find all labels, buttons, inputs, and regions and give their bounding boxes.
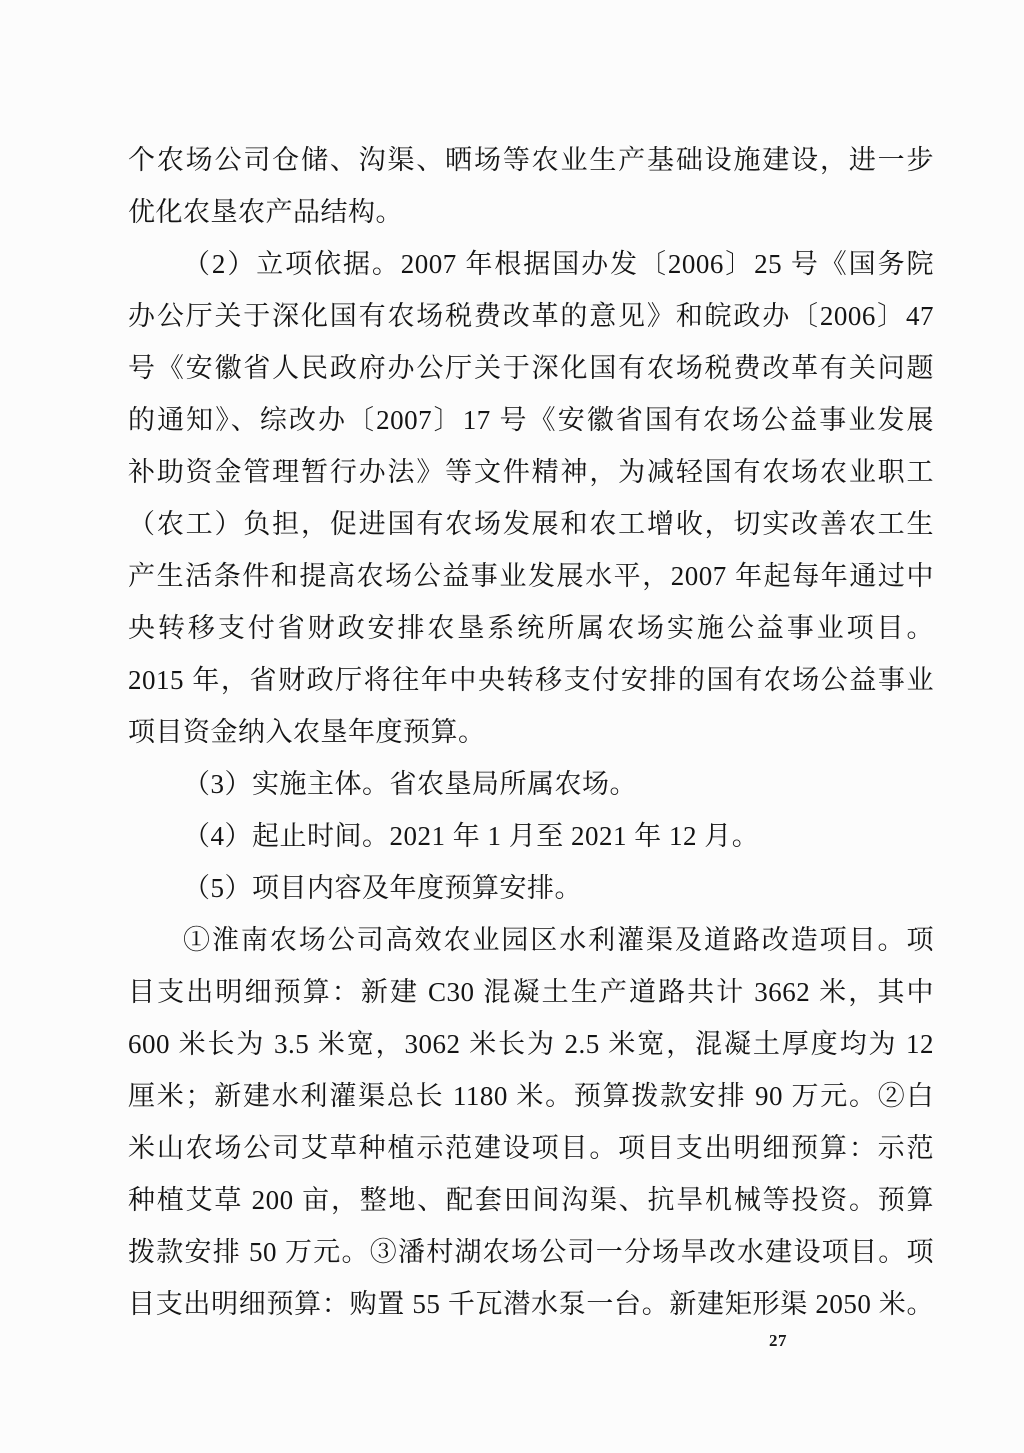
text-line: 优化农垦农产品结构。 (128, 186, 934, 238)
document-page: 个农场公司仓储、沟渠、晒场等农业生产基础设施建设，进一步优化农垦农产品结构。（2… (0, 0, 1024, 1453)
text-line: （2）立项依据。2007 年根据国办发〔2006〕25 号《国务院 (128, 238, 934, 290)
text-line: 600 米长为 3.5 米宽，3062 米长为 2.5 米宽，混凝土厚度均为 1… (128, 1018, 934, 1070)
text-line: 的通知》、综改办〔2007〕17 号《安徽省国有农场公益事业发展 (128, 394, 934, 446)
text-line: （5）项目内容及年度预算安排。 (128, 862, 934, 914)
text-line: 米山农场公司艾草种植示范建设项目。项目支出明细预算：示范 (128, 1122, 934, 1174)
text-line: （3）实施主体。省农垦局所属农场。 (128, 758, 934, 810)
text-line: 号《安徽省人民政府办公厅关于深化国有农场税费改革有关问题 (128, 342, 934, 394)
text-line: 2015 年，省财政厅将往年中央转移支付安排的国有农场公益事业 (128, 654, 934, 706)
text-line: 厘米；新建水利灌渠总长 1180 米。预算拨款安排 90 万元。②白 (128, 1070, 934, 1122)
text-line: 目支出明细预算：新建 C30 混凝土生产道路共计 3662 米，其中 (128, 966, 934, 1018)
text-line: 种植艾草 200 亩，整地、配套田间沟渠、抗旱机械等投资。预算 (128, 1174, 934, 1226)
text-line: 项目资金纳入农垦年度预算。 (128, 706, 934, 758)
text-line: 拨款安排 50 万元。③潘村湖农场公司一分场旱改水建设项目。项 (128, 1226, 934, 1278)
text-line: 央转移支付省财政安排农垦系统所属农场实施公益事业项目。 (128, 602, 934, 654)
text-line: （4）起止时间。2021 年 1 月至 2021 年 12 月。 (128, 810, 934, 862)
text-line: ①淮南农场公司高效农业园区水利灌渠及道路改造项目。项 (128, 914, 934, 966)
text-line: （农工）负担，促进国有农场发展和农工增收，切实改善农工生 (128, 498, 934, 550)
page-number: 27 (769, 1331, 787, 1351)
text-line: 办公厅关于深化国有农场税费改革的意见》和皖政办〔2006〕47 (128, 290, 934, 342)
text-line: 个农场公司仓储、沟渠、晒场等农业生产基础设施建设，进一步 (128, 134, 934, 186)
text-line: 产生活条件和提高农场公益事业发展水平，2007 年起每年通过中 (128, 550, 934, 602)
text-line: 目支出明细预算：购置 55 千瓦潜水泵一台。新建矩形渠 2050 米。 (128, 1278, 934, 1330)
text-block: 个农场公司仓储、沟渠、晒场等农业生产基础设施建设，进一步优化农垦农产品结构。（2… (128, 134, 934, 1330)
text-line: 补助资金管理暂行办法》等文件精神，为减轻国有农场农业职工 (128, 446, 934, 498)
